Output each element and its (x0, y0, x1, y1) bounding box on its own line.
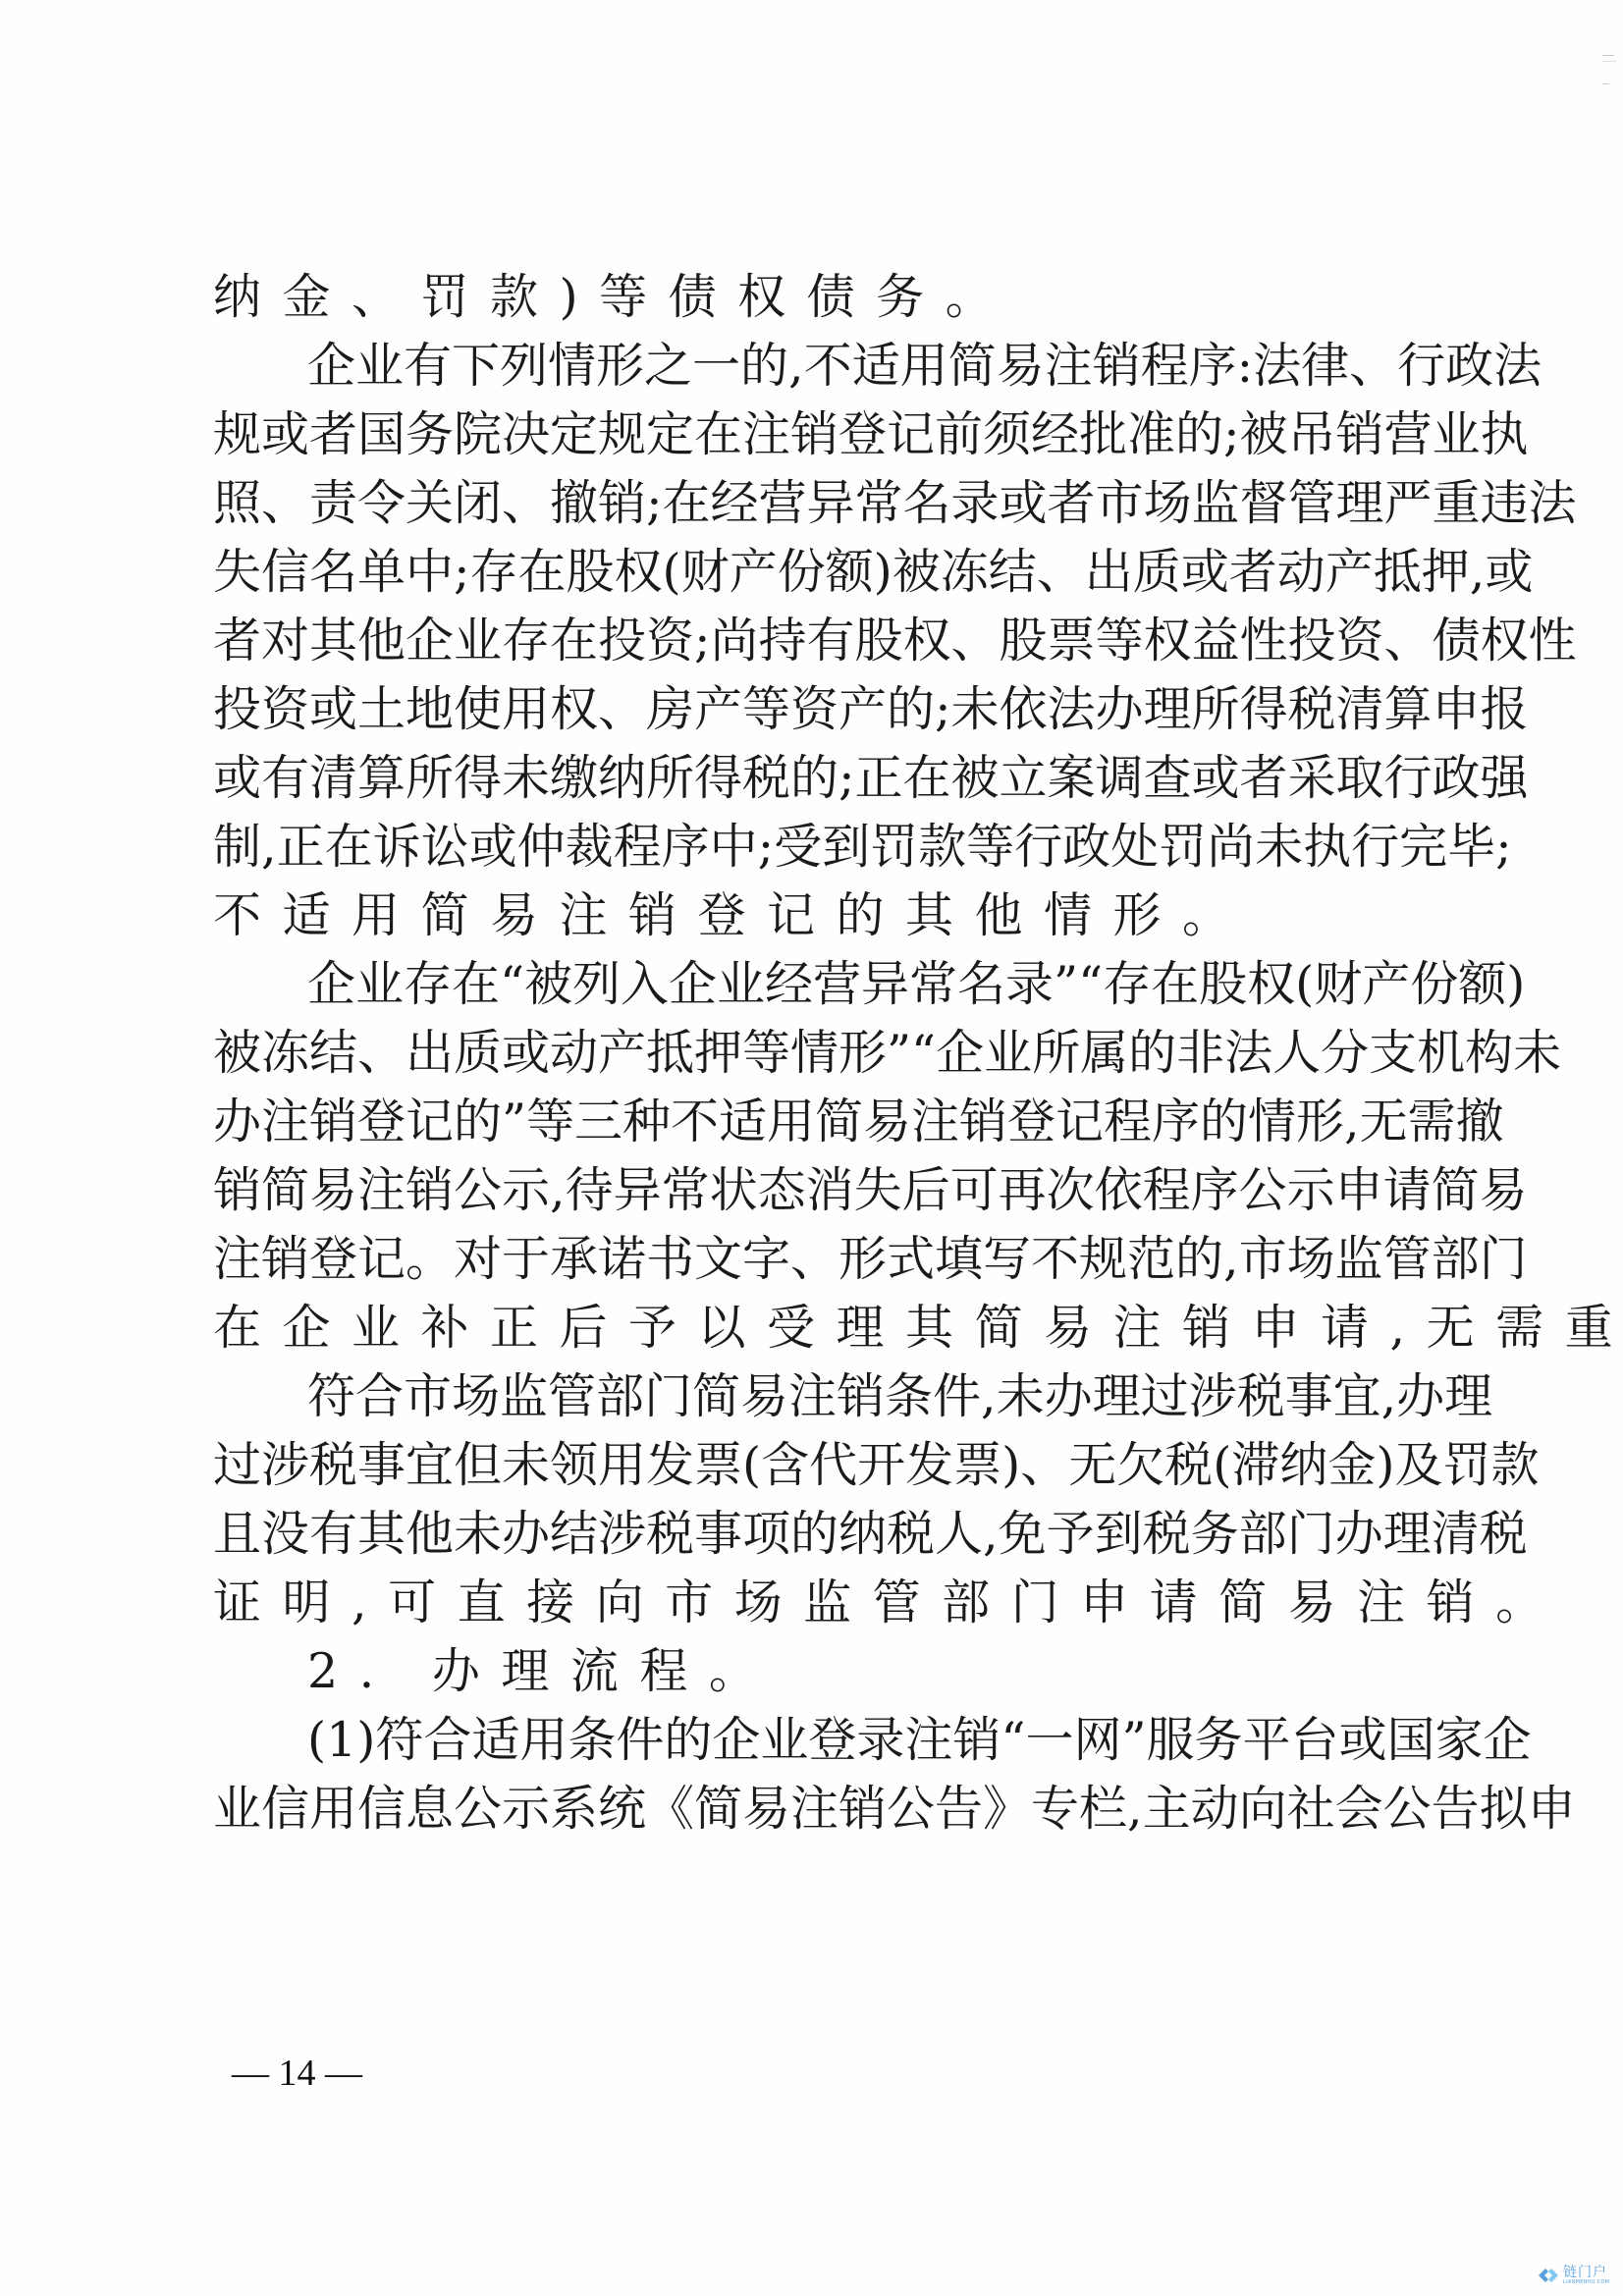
text-line: 符合市场监管部门简易注销条件,未办理过涉税事宜,办理 (213, 1362, 1401, 1431)
chain-link-logo-icon (1538, 2268, 1559, 2283)
text-line: 或有清算所得未缴纳所得税的;正在被立案调查或者采取行政强 (213, 744, 1401, 813)
text-line: 企业有下列情形之一的,不适用简易注销程序:法律、行政法 (213, 332, 1401, 400)
watermark: 链门户 LIANMENHU.COM (1538, 2266, 1609, 2285)
document-page: 纳金、罚款)等债权债务。 企业有下列情形之一的,不适用简易注销程序:法律、行政法… (0, 0, 1623, 2296)
text-line: 制,正在诉讼或仲裁程序中;受到罚款等行政处罚尚未执行完毕; (213, 813, 1401, 881)
text-line: 企业存在“被列入企业经营异常名录”“存在股权(财产份额) (213, 950, 1401, 1019)
page-number: — 14 — (232, 2052, 362, 2095)
text-line: 过涉税事宜但未领用发票(含代开发票)、无欠税(滞纳金)及罚款 (213, 1431, 1401, 1500)
section-heading: 2. 办理流程。 (213, 1637, 1401, 1706)
text-line: 注销登记。对于承诺书文字、形式填写不规范的,市场监管部门 (213, 1225, 1401, 1294)
text-line: 且没有其他未办结涉税事项的纳税人,免予到税务部门办理清税 (213, 1500, 1401, 1569)
text-line: 失信名单中;存在股权(财产份额)被冻结、出质或者动产抵押,或 (213, 538, 1401, 607)
text-line: 证明,可直接向市场监管部门申请简易注销。 (213, 1569, 1401, 1637)
watermark-name: 链门户 (1563, 2266, 1609, 2279)
text-line: 照、责令关闭、撤销;在经营异常名录或者市场监督管理严重违法 (213, 469, 1401, 538)
text-line: 在企业补正后予以受理其简易注销申请,无需重新公示。 (213, 1294, 1401, 1362)
text-line: 不适用简易注销登记的其他情形。 (213, 881, 1401, 950)
watermark-domain: LIANMENHU.COM (1563, 2280, 1609, 2285)
text-line: 投资或土地使用权、房产等资产的;未依法办理所得税清算申报 (213, 675, 1401, 744)
text-line: 规或者国务院决定规定在注销登记前须经批准的;被吊销营业执 (213, 400, 1401, 469)
text-line: 者对其他企业存在投资;尚持有股权、股票等权益性投资、债权性 (213, 607, 1401, 675)
text-line: (1)符合适用条件的企业登录注销“一网”服务平台或国家企 (213, 1706, 1401, 1775)
text-line: 办注销登记的”等三种不适用简易注销登记程序的情形,无需撤 (213, 1088, 1401, 1156)
document-body: 纳金、罚款)等债权债务。 企业有下列情形之一的,不适用简易注销程序:法律、行政法… (213, 263, 1401, 1843)
text-line: 销简易注销公示,待异常状态消失后可再次依程序公示申请简易 (213, 1156, 1401, 1225)
text-line: 纳金、罚款)等债权债务。 (213, 263, 1401, 332)
text-line: 业信用信息公示系统《简易注销公告》专栏,主动向社会公告拟申 (213, 1775, 1401, 1843)
scan-artifact-marks (1602, 49, 1618, 128)
text-line: 被冻结、出质或动产抵押等情形”“企业所属的非法人分支机构未 (213, 1019, 1401, 1088)
